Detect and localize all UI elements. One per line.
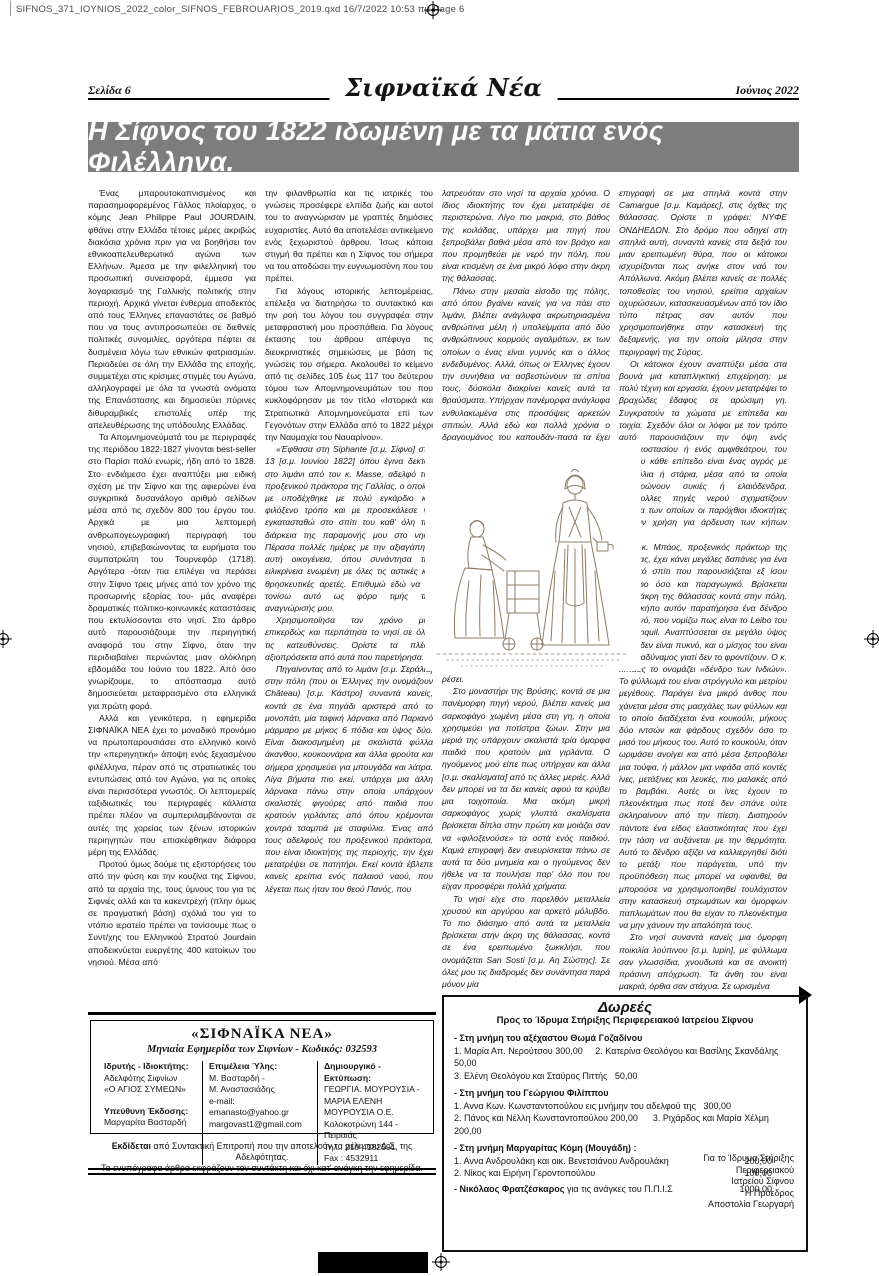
founder-name: Αδελφότης Σιφνίων	[104, 1073, 196, 1085]
paragraph-quote: ρέσει.	[442, 673, 610, 685]
colophon-subtitle: Μηνιαία Εφημερίδα των Σιφνίων - Κωδικός:…	[91, 1044, 433, 1055]
editorial-note-lead: Εκδίδεται	[112, 1141, 154, 1151]
print-info-line: SIFNOS_371_IOYNIOS_2022_color_SIFNOS_FEB…	[16, 4, 464, 15]
article-column-2: την φιλανθρωπία και τις ιατρικές του γνώ…	[265, 187, 433, 1011]
headline-banner: Η Σίφνος του 1822 ιδωμένη με τα μάτια εν…	[88, 122, 799, 172]
paragraph-quote: Στο νησί συναντά κανείς μια όμορφη ποικι…	[619, 931, 787, 992]
paragraph: Αλλά και γενικότερα, η εφημερίδα ΣΙΦΝΑΪΚ…	[88, 712, 256, 858]
production-label: Δημιουργικό - Εκτύπωση:	[324, 1061, 420, 1084]
donor-name: 1. Αννα Ανδρουλάκη και οικ. Βενετσιάνου …	[454, 1155, 669, 1168]
donation-entry: 2. Πάνος και Νέλλη Κωνσταντοπούλου 200,0…	[454, 1112, 796, 1137]
masthead: Σελίδα 6 Σιφναϊκά Νέα Ιούνιος 2022	[88, 76, 799, 112]
donor-name: - Νικόλαος Φρατζέσκαρος για τις ανάγκες …	[454, 1183, 673, 1196]
email-address-2: margovast1@gmail.com	[209, 1119, 311, 1131]
founder-label: Ιδρυτής - Ιδιοκτήτης:	[104, 1061, 196, 1073]
donation-group-heading: - Στη μνήμη του αξέχαστου Θωμά Γοζαδίνου	[454, 1032, 796, 1045]
newspaper-page: SIFNOS_371_IOYNIOS_2022_color_SIFNOS_FEB…	[0, 0, 879, 1276]
donor-name: 2. Νίκος και Ειρήνη Γεροντοπούλου	[454, 1167, 595, 1180]
section-divider-rule	[88, 1012, 436, 1015]
donations-title: Δωρεές	[454, 1002, 796, 1015]
publisher-label: Υπεύθυνη Έκδοσης:	[104, 1106, 196, 1118]
article-column-3-bottom: ρέσει. Στο μοναστήρι της Βρύσης, κοντά σ…	[442, 673, 610, 1011]
signature-line: Ιατρείου Σίφνου	[703, 1176, 794, 1188]
editorial-note: Εκδίδεται από Συντακτική Επιτροπή που τη…	[88, 1141, 436, 1163]
donation-entry: 1. Μαρία Απ. Νερούτσου 300,00 2. Κατερίν…	[454, 1045, 796, 1070]
donation-purpose: για τις ανάγκες του Π.Π.Ι.Σ	[567, 1184, 673, 1194]
headline-title: Η Σίφνος του 1822 ιδωμένη με τα μάτια εν…	[88, 116, 799, 178]
issue-date: Ιούνιος 2022	[735, 83, 799, 98]
crop-mark	[10, 1, 11, 16]
donor-name-bold: - Νικόλαος Φρατζέσκαρος	[454, 1184, 567, 1194]
registration-mark-left	[0, 630, 12, 648]
donation-entry: 1. Αννα Κων. Κωνσταντοπούλου εις μνήμην …	[454, 1100, 796, 1113]
donations-box: Δωρεές Προς το Ίδρυμα Στήριξης Περιφερει…	[442, 995, 808, 1252]
donation-group-heading: - Στη μνήμη του Γεώργιου Φιλίππου	[454, 1087, 796, 1100]
registration-mark-top	[424, 1, 442, 19]
paragraph-quote: Χρησιμοποίησα τον χρόνο μου επικερδώς κα…	[265, 614, 433, 663]
colophon-title: «ΣΙΦΝΑΪΚΑ ΝΕΑ»	[91, 1026, 433, 1043]
paragraph-quote: Οι κάτοικοι έχουν αναπτύξει μέσα στα βου…	[619, 358, 787, 541]
email-address: emanasto@yahoo.gr	[209, 1107, 311, 1119]
donations-subtitle: Προς το Ίδρυμα Στήριξης Περιφερειακού Ια…	[454, 1015, 796, 1028]
article-column-4: επιγραφή σε μια σπηλιά κοντά στην Camarg…	[619, 187, 787, 1011]
production-address: Κολοκοτρώνη 144 - Πειραιάς	[324, 1119, 420, 1142]
print-color-bar	[318, 1252, 428, 1273]
registration-mark-bottom	[432, 1253, 450, 1271]
paragraph-quote: Το νησί είχε στο παρελθόν μεταλλεία χρυσ…	[442, 893, 610, 991]
signature-line: Για το Ίδρυμα Στήριξης	[703, 1153, 794, 1165]
donations-signature: Για το Ίδρυμα Στήριξης Περιφερειακού Ιατ…	[703, 1153, 794, 1211]
engraving-drawing	[425, 441, 641, 671]
page-number-label: Σελίδα 6	[88, 83, 131, 98]
signature-line: Περιφερειακού	[703, 1165, 794, 1177]
founder-name-2: «Ο ΑΓΙΟΣ ΣΥΜΕΩΝ»	[104, 1084, 196, 1096]
signature-line: Η Πρόεδρος	[703, 1188, 794, 1200]
editorial-note-rest: από Συντακτική Επιτροπή που την αποτελού…	[153, 1141, 412, 1162]
article-body: Ένας μπαρουτοκαπνισμένος και παρασημοφορ…	[88, 187, 799, 1011]
article-column-3-top: λατρευόταν στο νησί τα αρχαία χρόνια. Ο …	[442, 187, 610, 443]
production-name-2: ΜΑΡΙΑ ΕΛΕΝΗ ΜΟΥΡΟΥΣΙΑ Ο.Ε.	[324, 1096, 420, 1119]
paragraph: Ένας μπαρουτοκαπνισμένος και παρασημοφορ…	[88, 187, 256, 431]
newspaper-logo: Σιφναϊκά Νέα	[329, 73, 558, 102]
editor-name: Μ. Βασταρδή -	[209, 1073, 311, 1085]
double-rule	[88, 1168, 436, 1175]
paragraph-quote: Πάνω στην μεσαία είσοδο της πόλης, από ό…	[442, 285, 610, 443]
article-column-1: Ένας μπαρουτοκαπνισμένος και παρασημοφορ…	[88, 187, 256, 1011]
paragraph: Προτού όμως δούμε τις εξιστορήσεις του α…	[88, 858, 256, 968]
donation-entry: 3. Ελένη Θεολόγου και Σταύρος Πιττής 50,…	[454, 1070, 796, 1083]
paragraph-quote: «Έφθασα στη Siphante [σ.μ. Σίφνο] στις 1…	[265, 443, 433, 614]
paragraph: την φιλανθρωπία και τις ιατρικές του γνώ…	[265, 187, 433, 285]
colophon-box: «ΣΙΦΝΑΪΚΑ ΝΕΑ» Μηνιαία Εφημερίδα των Σιφ…	[90, 1020, 434, 1134]
signature-line: Αποστολία Γεωργαρή	[703, 1199, 794, 1211]
engraving-illustration	[425, 441, 641, 671]
editor-name-2: Μ. Αναστασιάδης	[209, 1084, 311, 1096]
email-label: e-mail:	[209, 1096, 311, 1108]
paragraph: Για λόγους ιστορικής λεπτομέρειας, επέλε…	[265, 285, 433, 444]
editing-label: Επιμέλεια Ύλης:	[209, 1061, 311, 1073]
paragraph-quote: επιγραφή σε μια σπηλιά κοντά στην Camarg…	[619, 187, 787, 358]
production-name: ΓΕΩΡΓΙΑ. ΜΟΥΡΟΥΣΙΑ -	[324, 1084, 420, 1096]
paragraph-quote: Ο κ. Μπάος, προξενικός πράκτωρ της Αγγλί…	[619, 541, 787, 932]
paragraph-quote: Στο μοναστήρι της Βρύσης, κοντά σε μια π…	[442, 685, 610, 892]
paragraph-quote: Πηγαίνοντας από το λιμάνι [σ.μ. Σεράλια]…	[265, 663, 433, 895]
registration-mark-right	[864, 630, 879, 648]
publisher-name: Μαργαρίτα Βασταρδή	[104, 1117, 196, 1129]
paragraph: Τα Απομνημονεύματά του με περιγραφές της…	[88, 431, 256, 712]
paragraph-quote: λατρευόταν στο νησί τα αρχαία χρόνια. Ο …	[442, 187, 610, 285]
